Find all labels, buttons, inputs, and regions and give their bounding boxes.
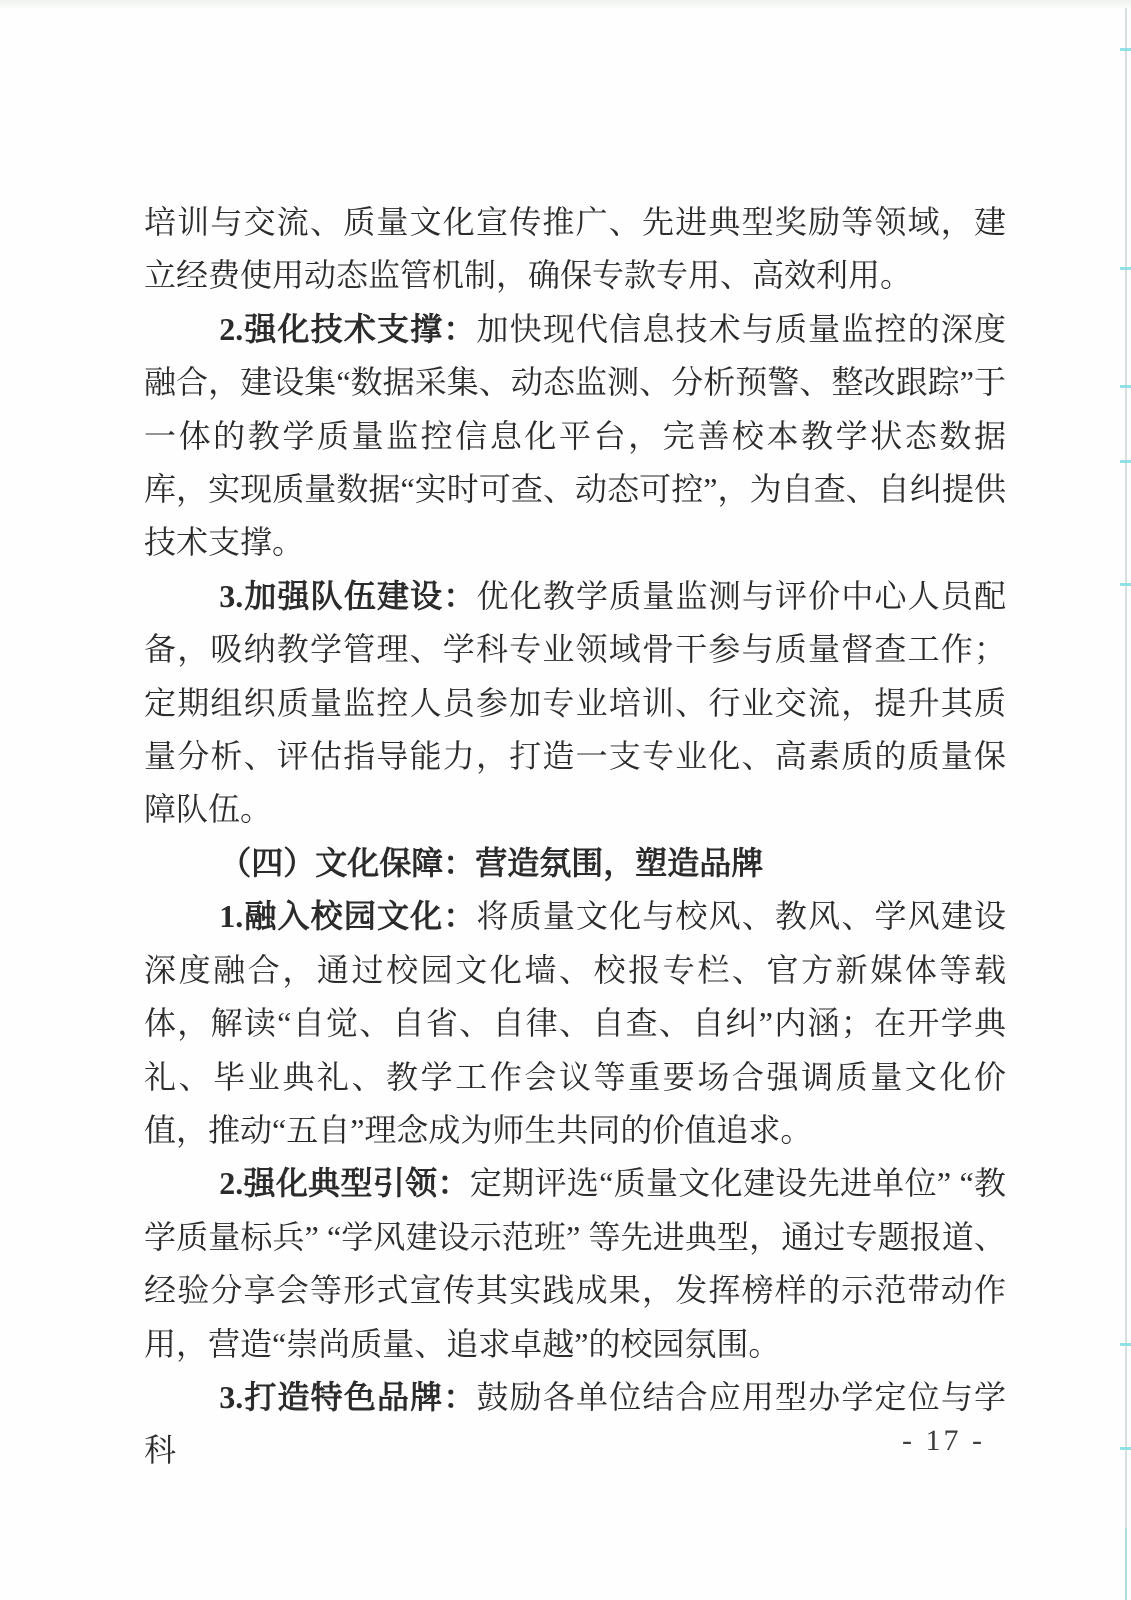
document-text-block: 培训与交流、质量文化宣传推广、先进典型奖励等领域，建立经费使用动态监管机制，确保… [144, 196, 1006, 1478]
paragraph-campus-culture: 1.融入校园文化：将质量文化与校风、教风、学风建设深度融合，通过校园文化墙、校报… [144, 890, 1006, 1157]
scan-edge-band [0, 0, 1131, 11]
paragraph-body: 加快现代信息技术与质量监控的深度融合，建设集“数据采集、动态监测、分析预警、整改… [144, 311, 1006, 561]
heading-text: （四）文化保障：营造氛围，塑造品牌 [219, 845, 763, 881]
paragraph-continuation-funding: 培训与交流、质量文化宣传推广、先进典型奖励等领域，建立经费使用动态监管机制，确保… [144, 196, 1006, 303]
scan-artifact-tick [1120, 1343, 1131, 1346]
paragraph-team-building: 3.加强队伍建设：优化教学质量监测与评价中心人员配备，吸纳教学管理、学科专业领域… [144, 570, 1006, 837]
paragraph-brand-building: 3.打造特色品牌：鼓励各单位结合应用型办学定位与学科 [144, 1371, 1006, 1478]
scan-artifact-tick [1120, 1447, 1131, 1450]
scanned-document-page: 培训与交流、质量文化宣传推广、先进典型奖励等领域，建立经费使用动态监管机制，确保… [0, 0, 1131, 1600]
paragraph-tech-support: 2.强化技术支撑：加快现代信息技术与质量监控的深度融合，建设集“数据采集、动态监… [144, 303, 1006, 570]
scan-artifact-tick [1120, 460, 1131, 463]
scan-artifact-vertical-line-teal [1125, 1528, 1127, 1600]
section-heading-culture-guarantee: （四）文化保障：营造氛围，塑造品牌 [144, 837, 1006, 890]
paragraph-lead: 3.打造特色品牌： [219, 1379, 476, 1415]
paragraph-body: 培训与交流、质量文化宣传推广、先进典型奖励等领域，建立经费使用动态监管机制，确保… [144, 204, 1006, 293]
paragraph-lead: 3.加强队伍建设： [219, 578, 476, 614]
paragraph-lead: 2.强化技术支撑： [219, 311, 476, 347]
paragraph-body: 将质量文化与校风、教风、学风建设深度融合，通过校园文化墙、校报专栏、官方新媒体等… [144, 898, 1006, 1148]
paragraph-body: 优化教学质量监测与评价中心人员配备，吸纳教学管理、学科专业领域骨干参与质量督查工… [144, 578, 1006, 828]
page-number: - 17 - [902, 1424, 985, 1458]
paragraph-lead: 2.强化典型引领： [219, 1165, 470, 1201]
scan-artifact-tick [1120, 385, 1131, 388]
scan-artifact-tick [1120, 48, 1131, 51]
scan-artifact-tick [1120, 267, 1131, 270]
scan-artifact-vertical-line [1125, 8, 1127, 1600]
scan-artifact-tick [1120, 583, 1131, 586]
paragraph-model-leading: 2.强化典型引领：定期评选“质量文化建设先进单位” “教学质量标兵” “学风建设… [144, 1157, 1006, 1371]
paragraph-lead: 1.融入校园文化： [219, 898, 476, 934]
